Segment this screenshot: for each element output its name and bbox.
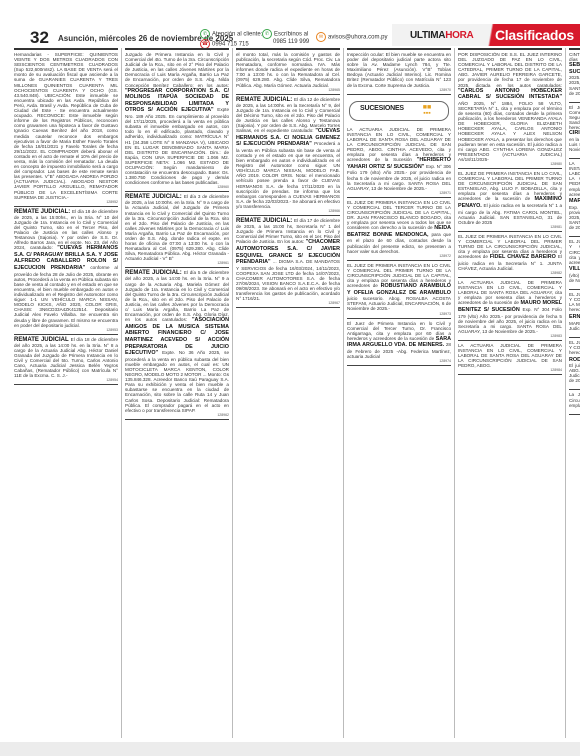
notice-code: 128996 [569,408,580,412]
section-box-sucesiones: SUCESIONES■■▪▪▪ [349,101,449,121]
notice-text-continued: Procederá a la venta en Pública subasta … [236,141,340,209]
column-divider [343,48,344,738]
column-1: Hernandarias - SUPERFICIE: QUINIENTOS VE… [14,48,118,738]
classified-notice: REMATE JUDICIAL: El día 3 de diciembre d… [125,194,229,268]
classified-notice: EL JUEZ DE PRIMERA INSTANCIA EN LO CIVIL… [569,292,580,338]
column-4: Inspección ocular: El bien mueble se enc… [347,48,451,738]
column-divider [232,48,233,738]
notice-text: Juzgado de Primera Instancia en lo Civil… [125,52,229,88]
classified-notice: el monto total, más la comisión y gastos… [236,52,340,95]
notice-text-continued: juicio sucesorio. Abog. ROSALBA ACOSTA S… [347,296,451,311]
notice-code: 128980 [458,162,562,166]
notice-code: 128965 [236,88,340,92]
column-6: CINTHIA ACEVEDO, cita y emplaza por sese… [569,48,580,738]
email-icon: ✉ [316,32,326,42]
classified-notice: Inspección ocular: El bien mueble se enc… [347,52,451,95]
column-top-rule [458,48,562,50]
classified-notice: LA ACTUARIA JUDICIAL DE PRIMERA INSTANCI… [458,280,562,341]
column-top-rule [125,48,229,50]
notice-text: el monto total, más la comisión y gastos… [236,52,340,88]
notice-code: 128966 [236,209,340,213]
notice-text: EL JUEZ DE PRIMERA INSTANCIA EN LO CIVIL… [569,239,580,264]
notice-code: 128992 [569,230,580,234]
notice-text: La Jueza de Paz del Distrito de Liberaci… [569,392,580,407]
classified-notice: LA ACTUARIA JUDICIAL DE PRIMERA INSTANCI… [458,343,562,375]
column-top-rule [236,48,340,50]
contact-email-value[interactable]: avisos@uhora.com.py [328,35,387,41]
notice-text-continued: Expte Nro. 189 Año 2025. En cumplimiento… [125,107,229,185]
column-divider [565,48,566,738]
notice-code: 128960 [125,185,229,189]
notice-text: LA ACTUARIA JUDICIAL DE PRIMERA INSTANCI… [458,343,562,368]
notice-text-continued: conforme al proveído de fecha 28 de Juli… [14,265,118,328]
classified-notice: Juzgado de Primera Instancia en lo Civil… [125,52,229,192]
classified-notice: REMATE JUDICIAL: El día 5 de diciembre d… [125,270,229,419]
classified-notice: EL JUEZ DE PRIMERA INSTANCIA EN LO CIVIL… [569,340,580,391]
notice-text: POR DISPOSICIÓN DE S.S. EL JUEZ INTERINO… [458,52,562,88]
notice-text: El día 18 de diciembre del año 2025, a l… [14,337,118,379]
notice-code: 128981 [458,225,562,229]
notice-caption: CIRIACO BENITEZ PEDROZO, [569,130,580,136]
contact-customer-service: ✆Atención al cliente: ☎0994 715 715 [200,29,262,49]
contact-value[interactable]: 0994 715 715 [212,42,249,48]
column-2: Juzgado de Primera Instancia en lo Civil… [125,48,229,738]
notice-code: 128972 [347,254,451,258]
page-header: 32 Asunción, miércoles 26 de noviembre d… [0,24,580,46]
contact-label: Escríbinos al [274,32,308,38]
notice-code: 128983 [458,334,562,338]
classified-notice: LA ACTUARIA JUDICIAL DE PRIMERA INSTANCI… [347,127,451,198]
brand-banner: ULTIMAHORA Clasificados [392,24,580,46]
column-3: el monto total, más la comisión y gastos… [236,48,340,738]
notice-text-continued: Expte. No 36 Año 2025, se procederá a la… [125,350,229,413]
notice-text: El Juez de Primera Instancia en lo Civil… [569,105,580,130]
brand-logo: ULTIMAHORA [410,30,473,41]
notice-code: 128993 [569,283,580,287]
notice-text: EL JUEZ DE PRIMERA INSTANCIA EN LO CIVIL… [569,340,580,355]
notice-code: 128982 [458,271,562,275]
section-box-label: SUCESIONES [360,106,404,111]
notice-caption: "PROGRESAR CORPORATION S.A. C/ MOLINOS I… [125,88,229,114]
notice-code: 128970 [347,88,451,92]
notice-text: El día 18 de diciembre de 2025, a las 15… [14,209,118,251]
notice-code: 128984 [458,368,562,372]
classified-notice: LA ACTUARIA JUDICIAL DE PRIMERA INSTANCI… [569,161,580,237]
classified-notice: EL JUEZ DE PRIMERA INSTANCIA EN LO CIVIL… [569,239,580,290]
classified-notice: CINTHIA ACEVEDO, cita y emplaza por sese… [569,52,580,103]
classified-notice: REMATE JUDICIAL El día 18 de diciembre d… [14,337,118,386]
notice-caption: SEBASTIAN QUINTANA MARTINEZ S/ SUCESIÓN" [569,62,580,75]
notice-code: 128961 [125,261,229,265]
whatsapp-icon: ✆ [262,29,272,39]
classified-notice: EL JUEZ DE PRIMERA INSTANCIA EN LO CIVIL… [347,263,451,319]
contact-email: ✉avisos@uhora.com.py [316,32,387,42]
notice-code: 128971 [347,191,451,195]
notice-code: 128994 [569,331,580,335]
notice-text: Hernandarias - SUPERFICIE: QUINIENTOS VE… [14,52,118,200]
notice-code: 128990 [569,96,580,100]
notice-text: EL JUEZ DE PRIMERA INSTANCIA EN LO CIVIL… [569,292,580,312]
column-top-rule [14,48,118,50]
column-top-rule [347,48,451,50]
classified-notice: Hernandarias - SUPERFICIE: QUINIENTOS VE… [14,52,118,207]
classified-notice: REMATE JUDICIAL: El día 17 de diciembre … [236,218,340,308]
whatsapp-icon: ✆ [200,29,210,39]
notice-code: 128973 [347,312,451,316]
notice-code: 128991 [569,152,580,156]
notice-code: 128962 [125,413,229,417]
notice-code: 128995 [569,383,580,387]
contact-write-us: ✆Escríbinos al 0985 119 999 [262,29,309,46]
newspaper-page: 32 Asunción, miércoles 26 de noviembre d… [0,0,580,742]
classified-notice: REMATE JUDICIAL: El día 18 de diciembre … [14,209,118,335]
contact-value[interactable]: 0985 119 999 [273,39,309,45]
classified-notice: El Juez de Primera Instancia en lo Civil… [569,105,580,159]
notice-text-continued: AÑO 2025, N° 1884, FOLIO 58 VLTO, SECRET… [458,101,562,162]
notice-text: El día 5 de diciembre del año 2025, a la… [125,270,229,322]
classified-notice: REMATE JUDICIAL: El día 12 de diciembre … [236,97,340,216]
notice-text-continued: ... DIGMA S.A. DE MANDATOS Y SERVICIOS d… [236,259,340,301]
classified-notice: POR DISPOSICIÓN DE S.S. EL JUEZ INTERINO… [458,52,562,169]
page-number: 32 [30,28,49,48]
notice-text: LA ACTUARIA JUDICIAL DE PRIMERA INSTANCI… [569,161,580,197]
notice-caption: FIDEL CHAVEZ BAREIRO [490,254,558,260]
family-tree-icon: ■■▪▪▪ [416,105,438,117]
classified-notice: El Juez de Primera Instancia en lo Civil… [347,321,451,367]
classified-notice: EL JUEZ DE PRIMERA INSTANCIA EN LO CIVIL… [347,200,451,261]
notice-text-continued: El juicio radica en la secretaría N° 2 a… [569,363,580,383]
classified-notice: EL JUEZ DE PRIMERA INSTANCIA EN LO CIVIL… [458,171,562,232]
notice-code: 128952 [14,200,118,204]
column-divider [121,48,122,738]
notice-code: 128953 [14,328,118,332]
notice-text-continued: Exp. N° 385 Folio 179 (vlto) Año 2025.- … [569,205,580,230]
notice-text: Inspección ocular: El bien mueble se enc… [347,52,451,88]
classified-notice: EL JUEZ DE PRIMERA INSTANCIA EN LO CIVIL… [458,234,562,278]
classified-notice: La Jueza de Paz del Distrito de Liberaci… [569,392,580,414]
notice-code: 128974 [347,359,451,363]
classified-columns: Hernandarias - SUPERFICIE: QUINIENTOS VE… [14,48,574,738]
notice-code: 128967 [236,301,340,305]
column-top-rule [569,48,580,50]
notice-caption: "CARLOS ANTONIO HOBECKER CABRAL S/ SUCES… [458,88,562,101]
column-divider [454,48,455,738]
section-title: Clasificados [495,27,574,43]
column-5: POR DISPOSICIÓN DE S.S. EL JUEZ INTERINO… [458,48,562,738]
notice-text: El día 3 de diciembre de 2025, a las 10:… [125,194,229,261]
notice-text: CINTHIA ACEVEDO, cita y emplaza por sese… [569,52,580,62]
contact-label: Atención al cliente: [212,32,262,38]
notice-code: 128954 [14,378,118,382]
